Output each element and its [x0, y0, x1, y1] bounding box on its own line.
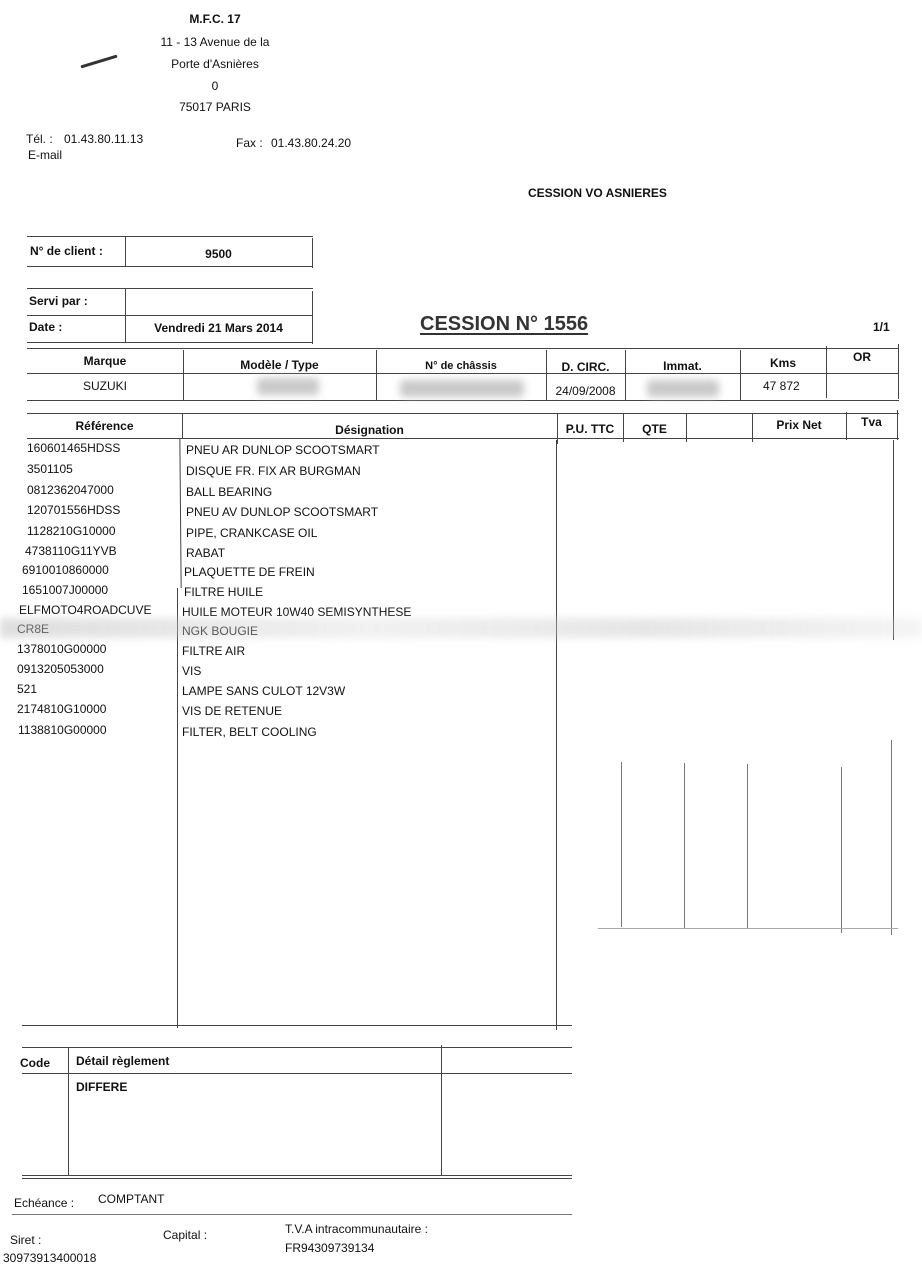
item-designation: PNEU AV DUNLOP SCOOTSMART: [186, 505, 378, 519]
vehicle-header-modele: Modèle / Type: [183, 358, 376, 372]
item-designation: RABAT: [186, 546, 225, 560]
item-reference: 6910010860000: [22, 563, 109, 577]
item-designation: PNEU AR DUNLOP SCOOTSMART: [186, 443, 380, 457]
item-designation: PIPE, CRANKCASE OIL: [186, 526, 317, 540]
echeance-label: Echéance :: [14, 1196, 74, 1210]
tva-intracom-value: FR94309739134: [285, 1241, 374, 1255]
date-label: Date :: [29, 320, 62, 334]
col-header-pu-ttc: P.U. TTC: [557, 422, 623, 436]
vehicle-header-marque: Marque: [27, 354, 183, 368]
item-designation: PLAQUETTE DE FREIN: [184, 565, 315, 579]
item-reference: 1651007J00000: [22, 583, 108, 597]
company-address-line4: 75017 PARIS: [110, 100, 320, 114]
item-reference: 120701556HDSS: [27, 503, 120, 517]
echeance-value: COMPTANT: [98, 1192, 164, 1206]
payment-code-label: Code: [20, 1056, 50, 1070]
col-header-qte: QTE: [623, 422, 686, 436]
siret-label: Siret :: [10, 1233, 41, 1247]
item-reference: 1138810G00000: [18, 723, 107, 737]
item-designation: FILTRE HUILE: [184, 585, 263, 599]
item-reference: 0812362047000: [27, 483, 114, 497]
vehicle-immat-redacted: [647, 380, 719, 397]
site-label: CESSION VO ASNIERES: [528, 186, 667, 200]
item-reference: ELFMOTO4ROADCUVE: [19, 603, 151, 617]
vehicle-marque: SUZUKI: [27, 379, 183, 393]
fax-value: 01.43.80.24.20: [271, 136, 351, 150]
item-designation: VIS DE RETENUE: [182, 704, 282, 718]
capital-label: Capital :: [163, 1228, 207, 1242]
item-designation: DISQUE FR. FIX AR BURGMAN: [186, 464, 361, 478]
document-title: CESSION N° 1556: [420, 313, 588, 336]
tva-intracom-label: T.V.A intracommunautaire :: [285, 1222, 428, 1236]
item-reference: 521: [17, 682, 37, 696]
item-reference: 2174810G10000: [17, 702, 106, 716]
item-reference: 160601465HDSS: [27, 441, 120, 455]
vehicle-dcirc: 24/09/2008: [546, 384, 625, 398]
email-label: E-mail: [28, 148, 62, 162]
fax-label: Fax :: [236, 136, 263, 150]
company-address-line3: 0: [110, 79, 320, 93]
siret-value: 30973913400018: [3, 1251, 96, 1265]
client-number: 9500: [125, 247, 312, 261]
item-reference: 1378010G00000: [17, 642, 106, 656]
vehicle-modele-redacted: [257, 378, 319, 395]
date-value: Vendredi 21 Mars 2014: [125, 321, 312, 335]
item-reference: 4738110G11YVB: [25, 544, 117, 558]
vehicle-header-chassis: N° de châssis: [376, 360, 546, 372]
client-label: N° de client :: [30, 244, 103, 258]
company-name: M.F.C. 17: [110, 12, 320, 26]
tel-label: Tél. :: [26, 132, 53, 146]
payment-detail-value: DIFFERE: [76, 1080, 127, 1094]
vehicle-header-dcirc: D. CIRC.: [546, 360, 625, 374]
page-number: 1/1: [873, 320, 890, 334]
vehicle-header-or: OR: [826, 350, 898, 364]
vehicle-header-immat: Immat.: [625, 359, 740, 373]
company-address-line2: Porte d'Asnières: [110, 57, 320, 71]
item-designation: HUILE MOTEUR 10W40 SEMISYNTHESE: [182, 605, 411, 619]
item-designation: BALL BEARING: [186, 485, 272, 499]
col-header-reference: Référence: [27, 419, 182, 433]
payment-detail-label: Détail règlement: [76, 1054, 169, 1068]
item-designation: LAMPE SANS CULOT 12V3W: [182, 684, 345, 698]
item-reference: 1128210G10000: [27, 524, 116, 538]
item-reference: 3501105: [27, 462, 73, 476]
company-address-line1: 11 - 13 Avenue de la: [110, 35, 320, 49]
col-header-prix-net: Prix Net: [752, 418, 846, 432]
servi-par-label: Servi par :: [29, 294, 88, 308]
col-header-designation: Désignation: [182, 423, 557, 437]
vehicle-header-kms: Kms: [740, 356, 826, 370]
scan-smudge: [0, 618, 922, 638]
col-header-tva: Tva: [846, 415, 897, 429]
item-reference: 0913205053000: [17, 662, 104, 676]
vehicle-kms: 47 872: [763, 379, 800, 393]
item-designation: VIS: [182, 664, 201, 678]
item-designation: FILTRE AIR: [182, 644, 245, 658]
vehicle-chassis-redacted: [400, 380, 524, 397]
tel-value: 01.43.80.11.13: [64, 132, 143, 146]
item-designation: FILTER, BELT COOLING: [182, 725, 317, 739]
